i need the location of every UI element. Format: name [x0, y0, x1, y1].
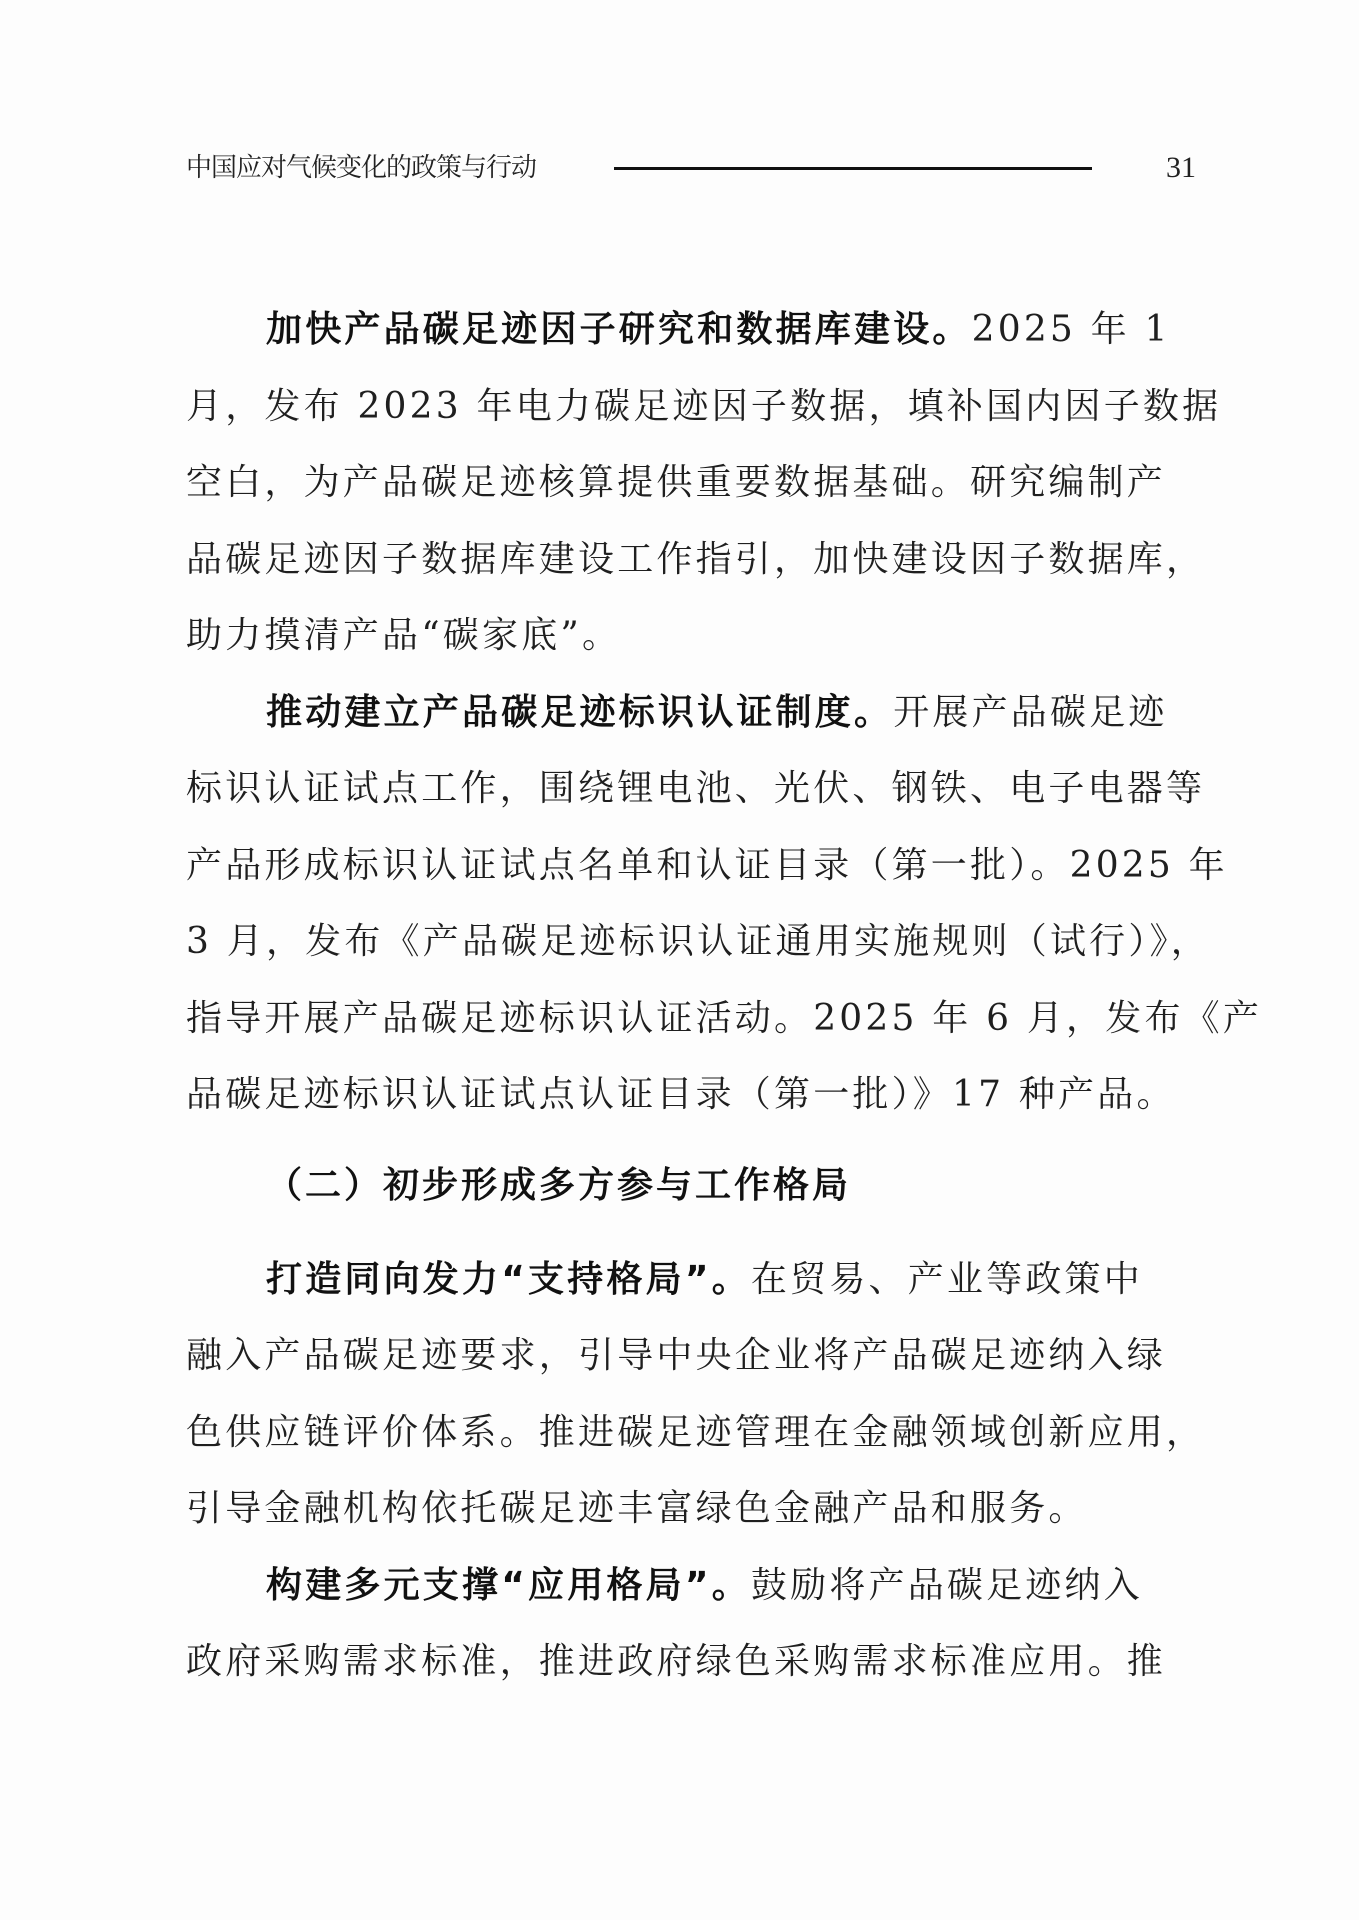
running-title: 中国应对气候变化的政策与行动	[186, 148, 536, 188]
section-heading: （二）初步形成多方参与工作格局	[186, 1148, 1176, 1224]
paragraph-carbon-factor-database: 加快产品碳足迹因子研究和数据库建设。2025 年 1 月，发布 2023 年电力…	[186, 292, 1176, 675]
paragraph-line: 空白，为产品碳足迹核算提供重要数据基础。研究编制产	[186, 445, 1176, 522]
paragraph-text: 2025 年 1	[972, 309, 1171, 350]
page-number: 31	[1166, 148, 1196, 188]
paragraph-line: 品碳足迹因子数据库建设工作指引，加快建设因子数据库，	[186, 522, 1176, 599]
paragraph-line: 月，发布 2023 年电力碳足迹因子数据，填补国内因子数据	[186, 369, 1176, 446]
paragraph-lead: 加快产品碳足迹因子研究和数据库建设。	[266, 309, 972, 350]
paragraph-line: 标识认证试点工作，围绕锂电池、光伏、钢铁、电子电器等	[186, 751, 1176, 828]
paragraph-support-pattern: 打造同向发力“支持格局”。在贸易、产业等政策中 融入产品碳足迹要求，引导中央企业…	[186, 1242, 1176, 1548]
paragraph-labeling-certification: 推动建立产品碳足迹标识认证制度。开展产品碳足迹 标识认证试点工作，围绕锂电池、光…	[186, 675, 1176, 1134]
paragraph-line: 品碳足迹标识认证试点认证目录（第一批）》17 种产品。	[186, 1057, 1176, 1134]
paragraph-lead: 推动建立产品碳足迹标识认证制度。	[266, 692, 893, 733]
paragraph-line: 政府采购需求标准，推进政府绿色采购需求标准应用。推	[186, 1624, 1176, 1701]
paragraph-lead: 打造同向发力“支持格局”。	[266, 1259, 751, 1300]
paragraph-first-line: 推动建立产品碳足迹标识认证制度。开展产品碳足迹	[186, 675, 1176, 752]
paragraph-text: 鼓励将产品碳足迹纳入	[751, 1565, 1143, 1606]
paragraph-first-line: 加快产品碳足迹因子研究和数据库建设。2025 年 1	[186, 292, 1176, 369]
paragraph-line: 3 月，发布《产品碳足迹标识认证通用实施规则（试行）》，	[186, 904, 1176, 981]
page-header: 中国应对气候变化的政策与行动 31	[186, 148, 1196, 188]
paragraph-line: 产品形成标识认证试点名单和认证目录（第一批）。2025 年	[186, 828, 1176, 905]
paragraph-text: 开展产品碳足迹	[893, 692, 1167, 733]
paragraph-text: 在贸易、产业等政策中	[751, 1259, 1143, 1300]
header-divider-rule	[614, 167, 1092, 170]
paragraph-lead: 构建多元支撑“应用格局”。	[266, 1565, 751, 1606]
paragraph-first-line: 打造同向发力“支持格局”。在贸易、产业等政策中	[186, 1242, 1176, 1319]
paragraph-line: 融入产品碳足迹要求，引导中央企业将产品碳足迹纳入绿	[186, 1318, 1176, 1395]
paragraph-line: 助力摸清产品“碳家底”。	[186, 598, 1176, 675]
paragraph-line: 色供应链评价体系。推进碳足迹管理在金融领域创新应用，	[186, 1395, 1176, 1472]
paragraph-line: 引导金融机构依托碳足迹丰富绿色金融产品和服务。	[186, 1471, 1176, 1548]
paragraph-first-line: 构建多元支撑“应用格局”。鼓励将产品碳足迹纳入	[186, 1548, 1176, 1625]
paragraph-line: 指导开展产品碳足迹标识认证活动。2025 年 6 月，发布《产	[186, 981, 1176, 1058]
body-text: 加快产品碳足迹因子研究和数据库建设。2025 年 1 月，发布 2023 年电力…	[186, 292, 1176, 1701]
paragraph-application-pattern: 构建多元支撑“应用格局”。鼓励将产品碳足迹纳入 政府采购需求标准，推进政府绿色采…	[186, 1548, 1176, 1701]
